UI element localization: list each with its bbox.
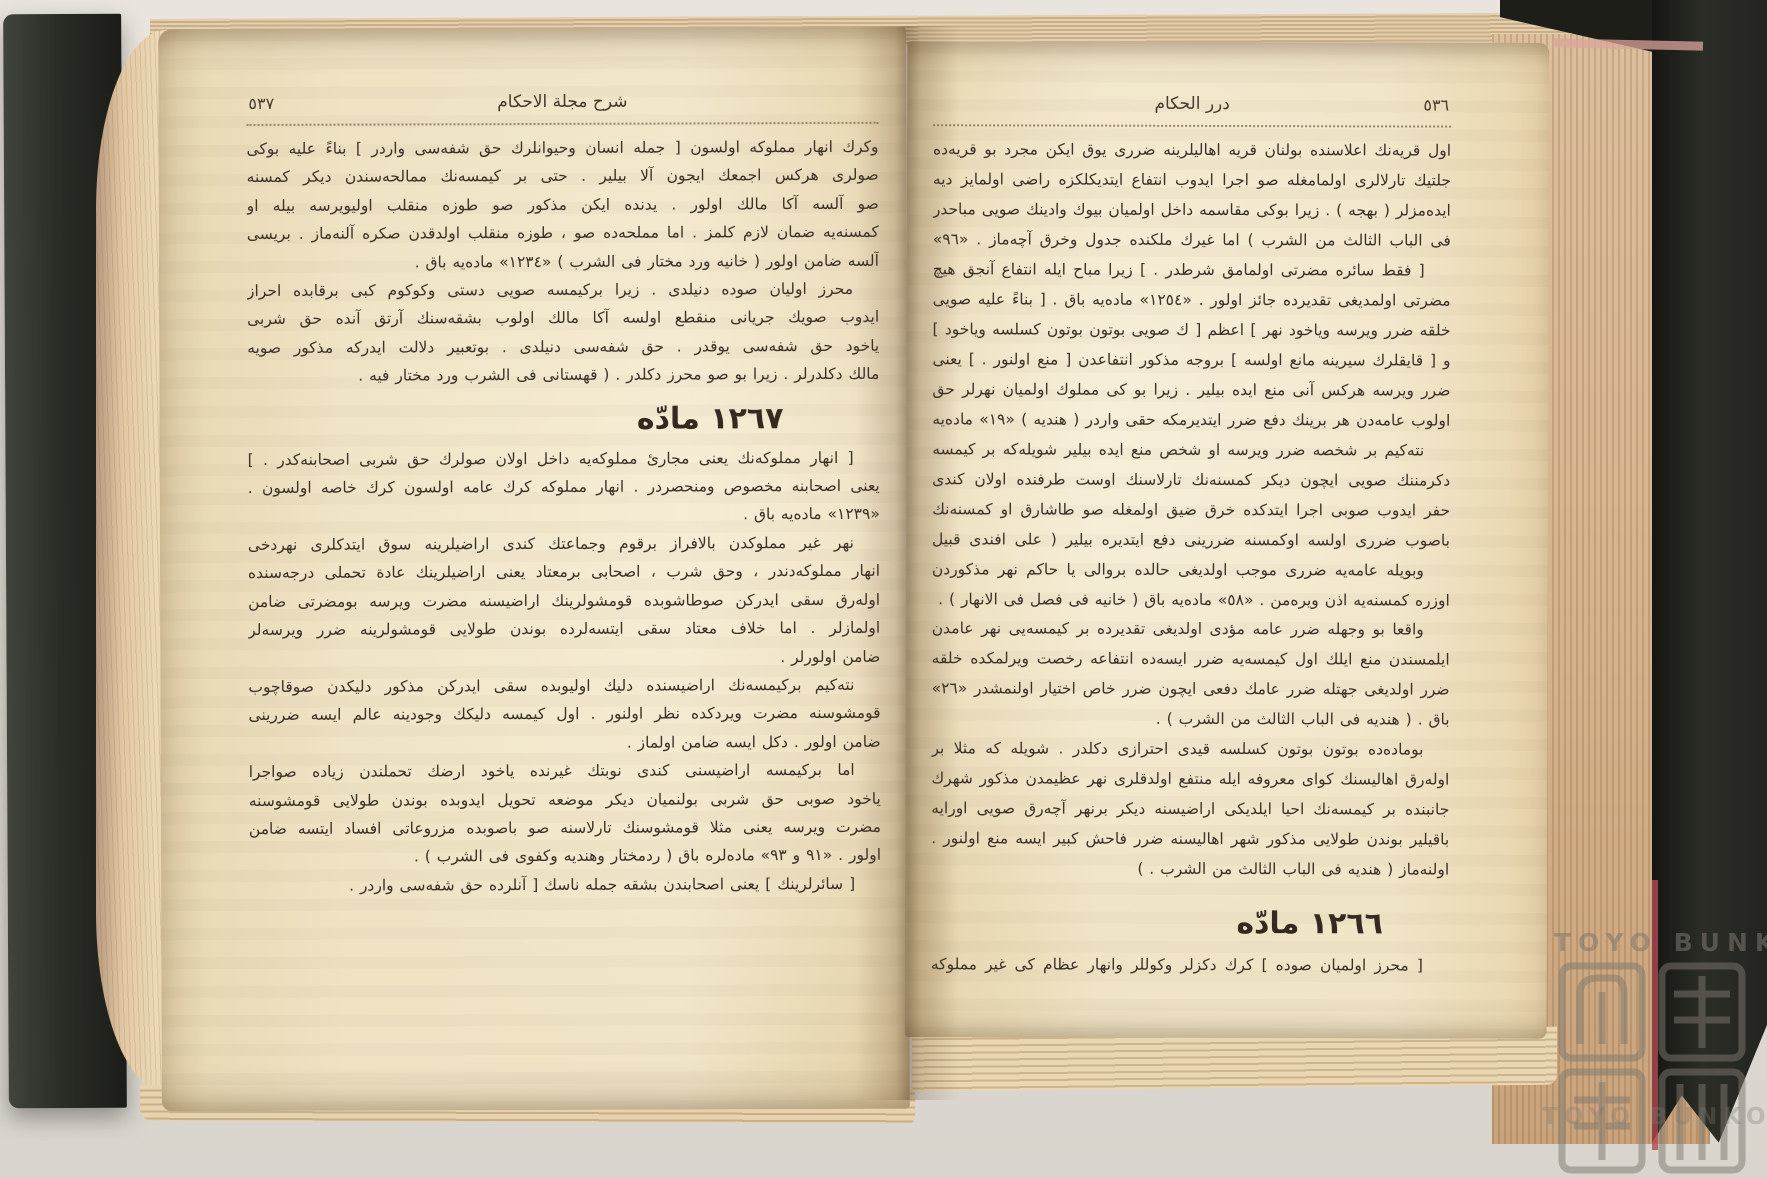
red-endpaper-edge: [1652, 880, 1658, 1150]
text-line: اوله‌رق سقى ايدركن صوطاشوبده قومشولرينك …: [248, 585, 880, 616]
text-line: واقعا بو وجهله ضرر عامه مؤدى اولديغى تقد…: [932, 615, 1450, 646]
text-line: ضامن اولور . دكل ايسه ضامن اولماز .: [249, 728, 881, 759]
book-cover-right: [1652, 0, 1767, 1178]
paragraph: نته‌كيم بر شخصه ضرر ويرسه او شخص منع ايد…: [932, 435, 1450, 556]
text-line: مضرت ويرسه يعنى مثلا قومشوسنك تارلاسنه ص…: [249, 813, 881, 844]
paragraph: محرز اوليان صوده دنيلدى . زيرا بركيمسه ص…: [247, 275, 879, 391]
paragraph: [ فقط سائره مضرتى اولمامق شرطدر . ] زيرا…: [932, 255, 1450, 436]
text-line: كمسنه‌يه ضمان لازم كلمز . اما مملحه‌ده ص…: [247, 218, 879, 249]
left-page-header: ٥٣٧ شرح مجلة الاحكام: [246, 91, 878, 119]
text-line: وكرك انهار مملوكه اولسون [ جمله انسان وح…: [246, 133, 878, 164]
text-line: خلقه ضرر ويرسه وياخود نهر ] اعظم [ ك صوي…: [933, 315, 1451, 346]
text-line: وبويله عامه‌يه ضررى موجب اولديغى حالده ب…: [932, 555, 1450, 586]
text-line: «١٢٣٩» ماده‌يه باق .: [248, 500, 880, 531]
paragraph: نهر غير مملوكدن بالافراز برقوم وجماعتك ك…: [248, 529, 880, 673]
text-line: باقيلير بوندن طولايى مذكور شهر اهاليسنه …: [931, 824, 1449, 855]
text-line: ايدوب صويك جريانى منقطع اولسه آكا مالك ا…: [247, 303, 879, 334]
text-line: ضرر ويرسه هركس آنى منع ايده بيلير . زيرا…: [932, 375, 1450, 406]
article-heading: ١٢٦٧ مادّه: [247, 400, 879, 437]
paragraph: [ سائرلرينك ] يعنى اصحابندن بشقه جمله نا…: [249, 870, 881, 901]
paragraph: [ محرز اولميان صوده ] كرك دكزلر وكوللر و…: [931, 950, 1449, 981]
text-line: جلتيك تارلالرى اولمامغله صو اجرا ايدوب ا…: [933, 165, 1451, 196]
header-rule: [246, 122, 878, 126]
text-line: ضرر اولديغى جهتله ضرر عامك دفعى ايچون ضر…: [932, 675, 1450, 706]
text-line: [ فقط سائره مضرتى اولمامق شرطدر . ] زيرا…: [933, 255, 1451, 286]
paragraph: وكرك انهار مملوكه اولسون [ جمله انسان وح…: [246, 133, 878, 277]
book-photo: ٥٣٧ شرح مجلة الاحكام وكرك انهار مملوكه ا…: [0, 0, 1767, 1178]
text-line: اولنه‌ماز ( هنديه فى الباب الثالث من الش…: [931, 854, 1449, 885]
text-line: اولور . «٩١ و ٩٣» ماده‌لره باق ( ردمختار…: [249, 841, 881, 872]
text-line: صو آلسه آكا مالك اولور . يدنده ايكن مذكو…: [247, 190, 879, 221]
text-line: ضامن اولورلر .: [248, 642, 880, 673]
article-heading: ١٢٦٦ مادّه: [931, 905, 1449, 941]
right-page: ٥٣٦ درر الحكام اول قريه‌نك اعلاسنده بولن…: [905, 41, 1550, 1039]
right-page-header: ٥٣٦ درر الحكام: [933, 93, 1451, 120]
paragraph: نته‌كيم بركيمسه‌نك اراضيسنده دليك اوليوب…: [248, 671, 880, 758]
text-line: [ محرز اولميان صوده ] كرك دكزلر وكوللر و…: [931, 950, 1449, 981]
text-line: ياخود صوبى حق شربى بولنميان ديكر موضعه ت…: [249, 784, 881, 815]
text-line: جانبنده بر كيمسه‌نك احيا ايلديكى اراضيسن…: [931, 794, 1449, 825]
text-line: اولمازلر . اما خلاف معتاد سقى ايتسه‌لرده…: [248, 614, 880, 645]
text-line: باصوب ضررى اولسه اوكمسنه ضررينى دفع ايتد…: [932, 525, 1450, 556]
text-line: و [ قايقلرك سيرينه مانع اولسه ] بروجه مذ…: [932, 345, 1450, 376]
text-line: اما بركيمسه اراضيسنى كندى نوبتك غيرنده ي…: [249, 756, 881, 787]
right-page-body: اول قريه‌نك اعلاسنده بولنان قريه اهاليلر…: [931, 135, 1451, 982]
left-page: ٥٣٧ شرح مجلة الاحكام وكرك انهار مملوكه ا…: [158, 27, 910, 1112]
text-line: ايده‌مزلر ( بهجه ) . زيرا بوكى مقاسمه دا…: [933, 195, 1451, 226]
text-line: صولرى هركس اجمعك ايجون آلا بيلير . حتى ب…: [247, 161, 879, 192]
text-line: نته‌كيم بركيمسه‌نك اراضيسنده دليك اوليوب…: [248, 671, 880, 702]
paragraph: [ انهار مملوكه‌نك يعنى مجارئ مملوكه‌يه د…: [248, 443, 880, 530]
header-rule: [933, 124, 1451, 127]
text-line: فى الباب الثالث من الشرب ) اما غيرك ملكن…: [933, 225, 1451, 256]
text-line: نته‌كيم بر شخصه ضرر ويرسه او شخص منع ايد…: [932, 435, 1450, 466]
text-line: مالك دكلدرلر . زيرا بو صو محرز دكلدر . (…: [247, 360, 879, 391]
paragraph: واقعا بو وجهله ضرر عامه مؤدى اولديغى تقد…: [931, 615, 1449, 736]
paragraph: اما بركيمسه اراضيسنى كندى نوبتك غيرنده ي…: [249, 756, 881, 872]
text-line: باق . ( هنديه فى الباب الثالث من الشرب )…: [931, 705, 1449, 736]
left-page-body: وكرك انهار مملوكه اولسون [ جمله انسان وح…: [246, 133, 881, 900]
text-line: اول قريه‌نك اعلاسنده بولنان قريه اهاليلر…: [933, 135, 1451, 166]
text-line: [ سائرلرينك ] يعنى اصحابندن بشقه جمله نا…: [249, 870, 881, 901]
paragraph: اول قريه‌نك اعلاسنده بولنان قريه اهاليلر…: [933, 135, 1451, 256]
text-line: آلسه ضامن اولور ( خانيه ورد مختار فى الش…: [247, 246, 879, 277]
text-line: اوزره كمسنه‌يه اذن ويره‌من . «٥٨» ماده‌ي…: [932, 585, 1450, 616]
text-line: قومشوسنه مضرت ويردكده نظر اولنور . اول ك…: [248, 699, 880, 730]
text-line: محرز اوليان صوده دنيلدى . زيرا بركيمسه ص…: [247, 275, 879, 306]
text-line: بوماده‌ده بوتون بوتون كسلسه قيدى احترازى…: [931, 734, 1449, 765]
text-line: ياخود حق شفه‌سى يوقدر . حق شفه‌سى دنيلدى…: [247, 332, 879, 363]
text-line: اوله‌رق اهاليسنك كواى معروفه ايله منتفع …: [931, 764, 1449, 795]
text-line: اولوب عامه‌دن هر برينك دفع ضرر ايتديرمكه…: [932, 405, 1450, 436]
text-line: [ انهار مملوكه‌نك يعنى مجارئ مملوكه‌يه د…: [248, 443, 880, 474]
paragraph: بوماده‌ده بوتون بوتون كسلسه قيدى احترازى…: [931, 734, 1449, 885]
right-running-title: درر الحكام: [933, 93, 1451, 114]
text-line: دكرمننك صويى ايچون ديكر كمسنه‌نك تارلاسن…: [932, 465, 1450, 496]
text-line: ايلمسندن منع ايلك اول كيمسه‌يه ضرر ايسه‌…: [932, 645, 1450, 676]
text-line: انهار مملوكه‌دندر ، وحق شرب ، اصحابى برم…: [248, 557, 880, 588]
text-line: نهر غير مملوكدن بالافراز برقوم وجماعتك ك…: [248, 529, 880, 560]
text-line: يعنى اصحابنه مخصوص ومنحصردر . انهار مملو…: [248, 472, 880, 503]
left-running-title: شرح مجلة الاحكام: [246, 91, 878, 113]
text-line: حفر ايدوب صوبى اجرا ايتدكده خرق ضيق اولم…: [932, 495, 1450, 526]
paragraph: وبويله عامه‌يه ضررى موجب اولديغى حالده ب…: [932, 555, 1450, 616]
text-line: مضرتى اولمديغى تقديرده جائز اولور . «١٢٥…: [933, 285, 1451, 316]
